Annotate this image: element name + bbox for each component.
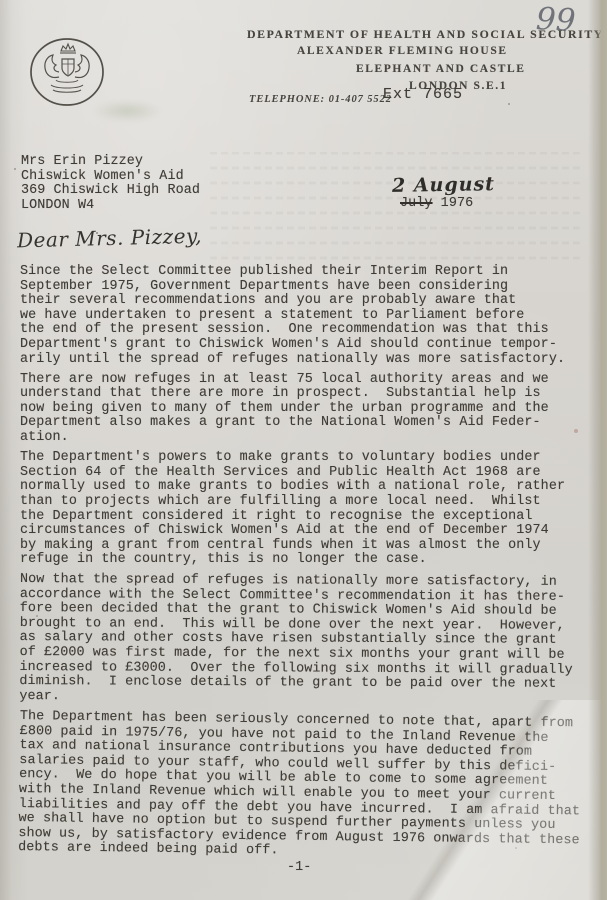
letterhead-extension: Ext 7665 xyxy=(383,88,463,103)
struck-month: July xyxy=(400,196,433,211)
body-paragraph: The Department's powers to make grants t… xyxy=(20,451,598,568)
typed-date: July 1976 xyxy=(400,197,495,212)
letterhead-department: DEPARTMENT OF HEALTH AND SOCIAL SECURITY xyxy=(247,27,604,42)
paper-specks xyxy=(0,0,2,2)
salutation: Dear Mrs. Pizzey, xyxy=(17,224,203,253)
letterhead-building: ALEXANDER FLEMING HOUSE xyxy=(297,45,508,57)
date-year: 1976 xyxy=(433,196,474,211)
paper-fold-crease xyxy=(367,700,607,900)
date-block: 2 August July 1976 xyxy=(392,174,495,212)
body-paragraph: Now that the spread of refuges is nation… xyxy=(19,573,598,707)
recipient-address: Mrs Erin Pizzey Chiswick Women's Aid 369… xyxy=(21,155,200,213)
body-paragraph: Since the Select Committee published the… xyxy=(20,265,598,367)
handwritten-date: 2 August xyxy=(392,173,495,197)
page-right-edge xyxy=(588,0,607,900)
scanned-letter-page: 99 DEPARTMENT OF HEALTH AND SOCIAL SECUR… xyxy=(0,0,607,900)
royal-coat-of-arms-icon xyxy=(26,33,108,111)
letterhead-telephone: TELEPHONE: 01-407 5522 xyxy=(249,94,392,105)
body-paragraph: There are now refuges in at least 75 loc… xyxy=(20,373,598,446)
page-number: -1- xyxy=(287,861,311,876)
letterhead-area: ELEPHANT AND CASTLE xyxy=(356,63,526,75)
